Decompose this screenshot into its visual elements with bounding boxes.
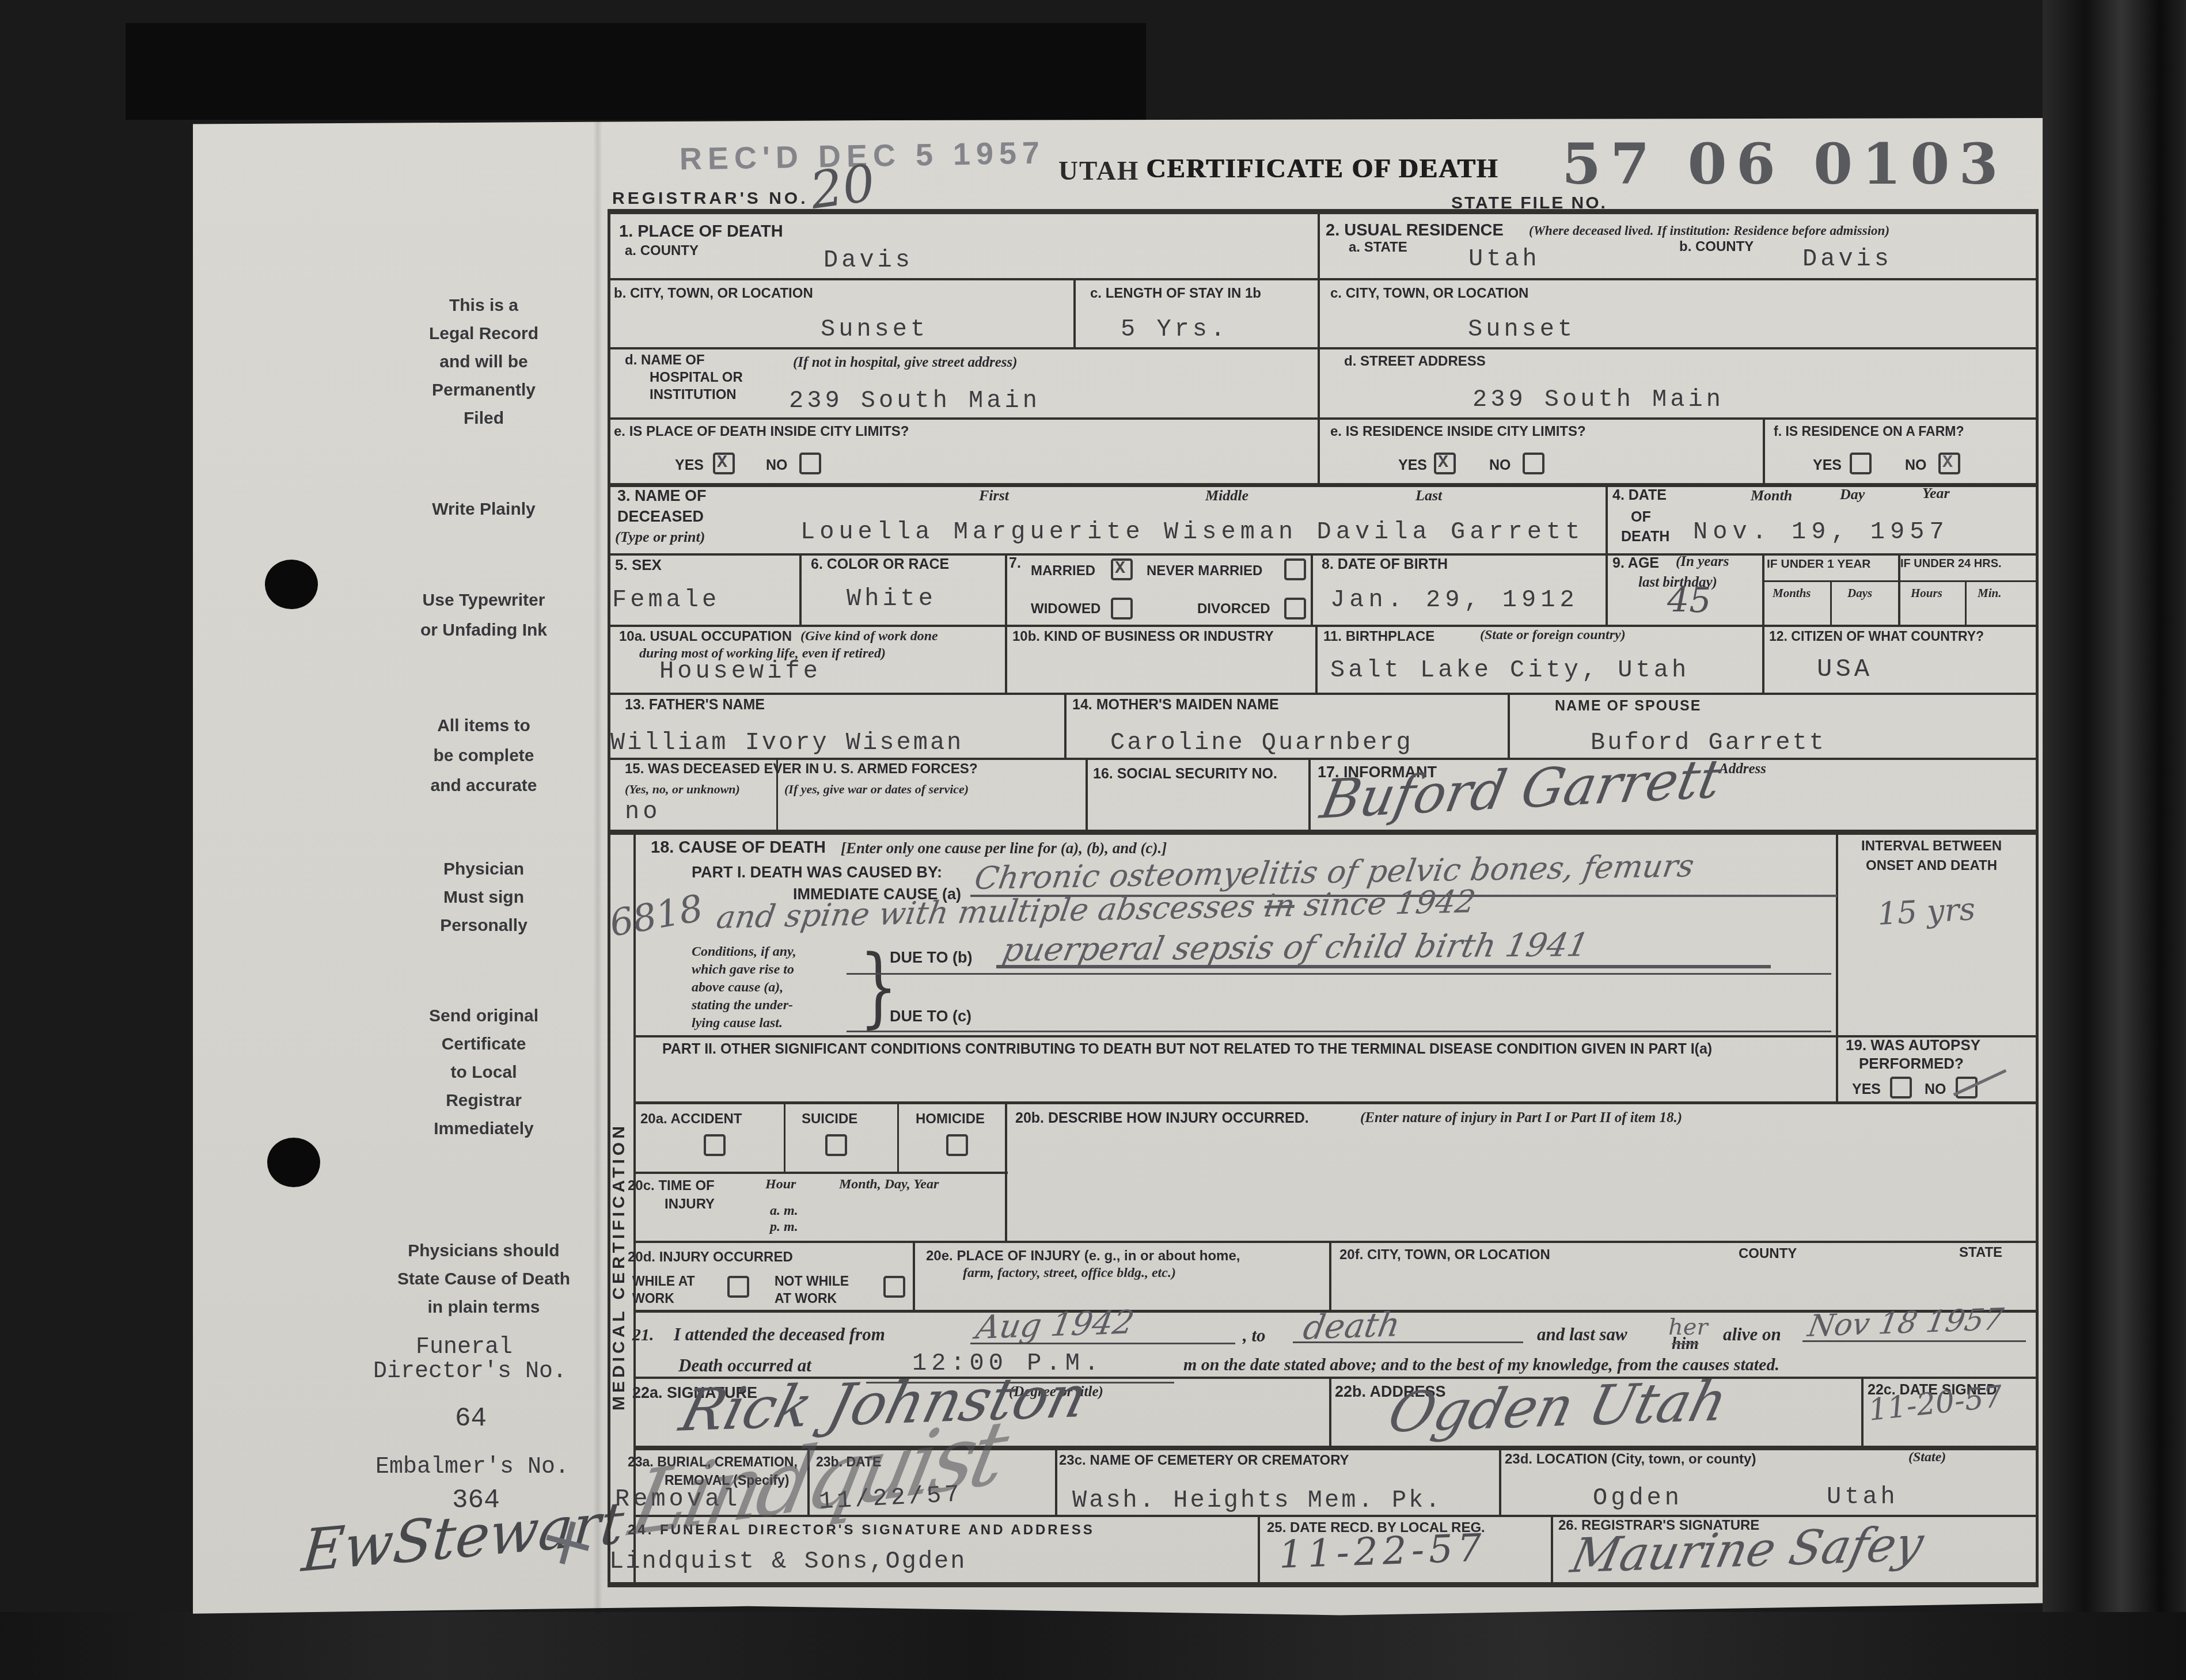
margin-note-typewriter-2: or Unfading Ink <box>369 621 599 640</box>
field-11-label: 11. BIRTHPLACE <box>1323 629 1434 645</box>
field-25-value: 11-22-57 <box>1278 1525 1487 1577</box>
checkbox-suicide <box>825 1134 847 1156</box>
field-2f-no-label: NO <box>1905 457 1927 474</box>
margin-note-physician-2: Must sign <box>369 888 599 907</box>
due-to-b-label: DUE TO (b) <box>890 949 973 967</box>
conditions-note-3: above cause (a), <box>692 980 783 995</box>
field-15-value: no <box>625 798 661 826</box>
grid-line <box>633 1172 1008 1174</box>
margin-note-send-1: Send original <box>369 1006 599 1026</box>
field-18-title: 18. CAUSE OF DEATH <box>651 838 826 857</box>
conditions-note-2: which gave rise to <box>692 962 794 978</box>
grid-line <box>608 758 2039 760</box>
field-9-days-label: Days <box>1847 586 1872 600</box>
grid-line <box>1763 417 1765 485</box>
field-11-value: Salt Lake City, Utah <box>1330 656 1690 684</box>
field-21-to-label: , to <box>1243 1325 1266 1346</box>
field-2f-yes-label: YES <box>1813 457 1842 474</box>
field-1e-label: e. IS PLACE OF DEATH INSIDE CITY LIMITS? <box>614 424 909 440</box>
field-17-address-label: Address <box>1719 761 1766 777</box>
physician-address-script: Ogden Utah <box>1382 1370 1734 1445</box>
grid-line <box>784 1101 785 1173</box>
field-23d-state-value: Utah <box>1827 1483 1899 1511</box>
field-23d-city-value: Ogden <box>1593 1484 1683 1512</box>
field-3-first-label: First <box>979 487 1009 504</box>
checkbox-accident <box>704 1134 726 1156</box>
field-14-label: 14. MOTHER'S MAIDEN NAME <box>1072 697 1279 713</box>
blank-line <box>1293 1341 1523 1343</box>
field-1d-value: 239 South Main <box>789 387 1041 415</box>
margin-note-send-4: Registrar <box>369 1091 599 1111</box>
field-10a-label: 10a. USUAL OCCUPATION <box>619 629 792 645</box>
field-2a-label: a. STATE <box>1349 240 1407 256</box>
due-to-c-label: DUE TO (c) <box>890 1008 971 1025</box>
funeral-director-no-label-1: Funeral <box>416 1335 513 1360</box>
field-8-value: Jan. 29, 1912 <box>1330 586 1579 614</box>
grid-line <box>2036 209 2039 1587</box>
grid-line <box>1861 1377 1864 1447</box>
field-4-label-1: 4. DATE <box>1612 487 1667 504</box>
field-1c-value: 5 Yrs. <box>1121 316 1228 343</box>
field-20f-county-label: COUNTY <box>1739 1246 1797 1262</box>
field-20c-label-1: 20c. TIME OF <box>628 1178 715 1194</box>
field-20c-am-label: a. m. <box>770 1203 798 1219</box>
form-title-utah: UTAH <box>1058 155 1139 187</box>
grid-line <box>1318 209 1320 485</box>
field-9-label: 9. AGE <box>1612 555 1659 572</box>
field-1d-note: (If not in hospital, give street address… <box>793 355 1018 371</box>
field-12-label: 12. CITIZEN OF WHAT COUNTRY? <box>1769 629 1984 644</box>
grid-line <box>799 553 802 626</box>
field-1e-no-label: NO <box>766 457 788 474</box>
field-20e-label-1: 20e. PLACE OF INJURY (e. g., in or about… <box>926 1248 1240 1264</box>
field-4-label-2: OF <box>1631 509 1651 526</box>
checkbox-death-city-limits-yes: X <box>713 453 735 474</box>
grid-line <box>608 209 2039 214</box>
grid-line <box>1005 1101 1007 1242</box>
field-19-label-2: PERFORMED? <box>1859 1055 1964 1073</box>
field-18-part1-label: PART I. DEATH WAS CAUSED BY: <box>692 864 942 881</box>
field-19-yes-label: YES <box>1852 1081 1881 1098</box>
checkbox-farm-yes <box>1850 453 1872 474</box>
grid-line <box>608 693 2039 695</box>
field-9-under1-label: IF UNDER 1 YEAR <box>1767 557 1870 571</box>
field-9-label-note-1: (In years <box>1676 554 1729 570</box>
field-21-text-2: and last saw <box>1537 1324 1627 1345</box>
blank-line <box>970 1343 1235 1344</box>
margin-note-physician-3: Personally <box>369 916 599 936</box>
conditions-note-1: Conditions, if any, <box>692 944 796 960</box>
field-23c-value: Wash. Heights Mem. Pk. <box>1072 1487 1443 1514</box>
field-20a-accident-label: 20a. ACCIDENT <box>640 1111 742 1127</box>
field-6-label: 6. COLOR OR RACE <box>811 556 949 573</box>
field-9-hours-label: Hours <box>1911 586 1942 600</box>
field-3-value: Louella Marguerite Wiseman Davila Garret… <box>800 518 1584 546</box>
part2-label: PART II. OTHER SIGNIFICANT CONDITIONS CO… <box>662 1041 1712 1058</box>
margin-note-plain-3: in plain terms <box>369 1298 599 1317</box>
punch-hole <box>265 560 318 609</box>
grid-line <box>608 483 2039 487</box>
cause-a-line2-post: since 1942 <box>1301 883 1478 923</box>
field-8-label: 8. DATE OF BIRTH <box>1322 556 1448 573</box>
field-19-no-label: NO <box>1925 1081 1946 1098</box>
grid-line <box>1315 625 1318 694</box>
x-mark: X <box>717 453 727 473</box>
grid-line <box>1311 553 1313 626</box>
margin-note-send-5: Immediately <box>369 1119 599 1139</box>
grid-line <box>1086 758 1088 831</box>
due-to-c-printed-line <box>847 1031 1831 1032</box>
margin-note-complete-3: and accurate <box>369 776 599 796</box>
field-2a-value: Utah <box>1468 245 1540 273</box>
interval-value: 15 yrs <box>1877 891 1976 932</box>
grid-line <box>1308 758 1311 831</box>
due-to-b-underline <box>996 965 1771 968</box>
checkbox-residence-city-limits-no <box>1523 453 1544 474</box>
field-2f-label: f. IS RESIDENCE ON A FARM? <box>1774 424 1964 439</box>
field-13-label: 13. FATHER'S NAME <box>625 697 765 713</box>
margin-note-legal-5: Filed <box>369 409 599 428</box>
margin-note-complete-1: All items to <box>369 716 599 736</box>
field-4-month-label: Month <box>1751 487 1792 504</box>
grid-line <box>633 830 636 1583</box>
interval-label-1: INTERVAL BETWEEN <box>1861 838 2002 854</box>
field-1a-label: a. COUNTY <box>625 243 699 259</box>
grid-line <box>608 417 2039 420</box>
field-21-on-value: Nov 18 1957 <box>1805 1302 2006 1344</box>
field-1d-label-2: HOSPITAL OR <box>650 370 743 386</box>
field-20d-label: 20d. INJURY OCCURRED <box>628 1249 793 1265</box>
field-5-value: Female <box>612 586 720 614</box>
checkbox-while-at-work <box>727 1276 749 1298</box>
field-20c-label-2: INJURY <box>665 1196 715 1213</box>
field-10b-label: 10b. KIND OF BUSINESS OR INDUSTRY <box>1012 629 1274 645</box>
field-2e-label: e. IS RESIDENCE INSIDE CITY LIMITS? <box>1330 424 1586 440</box>
x-mark: X <box>1942 453 1953 473</box>
field-1c-label: c. LENGTH OF STAY IN 1b <box>1090 286 1261 302</box>
checkbox-never-married <box>1284 558 1306 580</box>
grid-line <box>1499 1446 1501 1516</box>
margin-note-legal-2: Legal Record <box>369 324 599 344</box>
grid-line <box>1762 553 1764 626</box>
field-2b-label: b. COUNTY <box>1679 239 1754 255</box>
interval-label-2: ONSET AND DEATH <box>1866 858 1997 874</box>
field-10a-note-1: (Give kind of work done <box>800 629 938 644</box>
grid-line <box>1606 553 1608 626</box>
margin-note-typewriter-1: Use Typewriter <box>369 591 599 610</box>
field-15-label: 15. WAS DECEASED EVER IN U. S. ARMED FOR… <box>625 761 978 777</box>
funeral-director-no-label-2: Director's No. <box>373 1359 567 1385</box>
due-to-b-value: puerperal sepsis of child birth 1941 <box>999 926 1592 969</box>
grid-line <box>1329 1241 1331 1311</box>
field-21-text-3: alive on <box>1723 1324 1781 1345</box>
grid-line <box>1965 580 1967 626</box>
field-3-label-3: (Type or print) <box>615 529 705 546</box>
checkbox-death-city-limits-no <box>799 453 821 474</box>
x-mark: X <box>1438 453 1448 473</box>
x-mark: X <box>1115 559 1125 579</box>
field-1e-yes-label: YES <box>675 457 704 474</box>
field-2-title: 2. USUAL RESIDENCE <box>1326 221 1504 240</box>
grid-line <box>1005 553 1007 626</box>
grid-line <box>608 278 2039 280</box>
grid-line <box>633 1241 2039 1243</box>
field-1d-label-1: d. NAME OF <box>625 352 705 368</box>
grid-line <box>633 1101 2039 1104</box>
field-24-typed-value: Lindquist & Sons,Ogden <box>609 1548 967 1575</box>
field-6-value: White <box>847 585 936 613</box>
field-1a-value: Davis <box>823 246 913 274</box>
checkbox-farm-no: X <box>1938 453 1960 474</box>
checkbox-married: X <box>1111 558 1133 580</box>
field-20a-suicide-label: SUICIDE <box>802 1111 857 1127</box>
field-spouse-label: NAME OF SPOUSE <box>1555 698 1701 714</box>
checkbox-divorced <box>1284 598 1306 619</box>
margin-note-legal-3: and will be <box>369 352 599 372</box>
scanner-right-band <box>2043 0 2186 1680</box>
field-2e-no-label: NO <box>1489 457 1511 474</box>
field-2c-value: Sunset <box>1468 316 1576 343</box>
field-19-label-1: 19. WAS AUTOPSY <box>1846 1036 1980 1054</box>
grid-line <box>1055 1446 1057 1516</box>
scanner-background-patch <box>126 23 1146 120</box>
field-20f-label: 20f. CITY, TOWN, OR LOCATION <box>1339 1247 1550 1263</box>
scanner-bottom-band <box>0 1612 2186 1680</box>
grid-line <box>1005 625 1007 694</box>
field-18-bracket-note: [Enter only one cause per line for (a), … <box>841 839 1167 857</box>
field-2e-yes-label: YES <box>1398 457 1427 474</box>
medical-certification-label: MEDICAL CERTIFICATION <box>609 904 629 1411</box>
field-4-label-3: DEATH <box>1621 529 1669 545</box>
registrar-no-label: REGISTRAR'S NO. <box>612 189 809 208</box>
grid-line <box>913 1241 915 1311</box>
field-21-him-label: him <box>1672 1335 1699 1354</box>
field-21-to-value: death <box>1300 1305 1403 1347</box>
field-2c-label: c. CITY, TOWN, OR LOCATION <box>1330 286 1528 302</box>
grid-line <box>1830 580 1832 626</box>
due-to-b-printed-line <box>847 973 1831 975</box>
grid-line <box>1508 693 1510 759</box>
embalmer-no-label: Embalmer's No. <box>375 1454 569 1480</box>
grid-line <box>608 209 610 1587</box>
field-11-note: (State or foreign country) <box>1480 628 1626 643</box>
field-20c-mdy-label: Month, Day, Year <box>839 1177 939 1192</box>
margin-note-write-plainly: Write Plainly <box>369 500 599 519</box>
field-1d-label-3: INSTITUTION <box>650 387 737 403</box>
field-20c-pm-label: p. m. <box>770 1219 798 1235</box>
field-5-label: 5. SEX <box>615 556 662 574</box>
field-9-months-label: Months <box>1773 586 1811 600</box>
conditions-note-4: stating the under- <box>692 998 793 1013</box>
field-4-year-label: Year <box>1922 485 1950 502</box>
field-20b-label: 20b. DESCRIBE HOW INJURY OCCURRED. <box>1015 1110 1309 1127</box>
grid-line <box>1064 693 1067 759</box>
state-file-no-value: 57 06 0103 <box>1562 131 2007 197</box>
field-23c-label: 23c. NAME OF CEMETERY OR CREMATORY <box>1059 1453 1349 1469</box>
field-23d-state-note: (State) <box>1908 1450 1946 1465</box>
field-20e-label-2: farm, factory, street, office bldg., etc… <box>963 1265 1176 1281</box>
field-20d-notwhile-label-1: NOT WHILE <box>775 1274 849 1289</box>
field-15-note-1: (Yes, no, or unknown) <box>625 782 740 797</box>
field-20d-notwhile-label-2: AT WORK <box>775 1291 837 1306</box>
field-21-text-1: I attended the deceased from <box>674 1324 885 1345</box>
margin-note-plain-1: Physicians should <box>369 1241 599 1261</box>
grid-line <box>608 553 2039 556</box>
field-20c-hour-label: Hour <box>765 1177 796 1192</box>
grid-line <box>1329 1377 1331 1447</box>
field-15-note-2: (If yes, give war or dates of service) <box>784 782 969 797</box>
field-12-value: USA <box>1817 655 1873 684</box>
field-3-last-label: Last <box>1415 487 1442 504</box>
cause-a-line2-struck: in <box>1262 887 1297 924</box>
field-20d-while-label-2: WORK <box>632 1291 674 1306</box>
field-7-divorced-label: DIVORCED <box>1197 601 1270 617</box>
grid-line <box>1762 625 1764 694</box>
field-3-label-2: DECEASED <box>617 508 704 526</box>
conditions-note-5: lying cause last. <box>692 1016 783 1031</box>
grid-line <box>608 625 2039 627</box>
field-9-value: 45 <box>1667 580 1711 621</box>
checkbox-not-while-at-work <box>883 1276 905 1298</box>
margin-note-physician-1: Physician <box>369 860 599 879</box>
punch-hole <box>267 1138 320 1187</box>
checkbox-homicide <box>946 1134 968 1156</box>
field-7-widowed-label: WIDOWED <box>1031 601 1100 617</box>
field-21-num: 21. <box>632 1325 654 1345</box>
field-14-value: Caroline Quarnberg <box>1110 729 1413 757</box>
checkbox-widowed <box>1111 598 1133 619</box>
field-3-label-1: 3. NAME OF <box>617 487 707 505</box>
field-20a-homicide-label: HOMICIDE <box>916 1111 985 1127</box>
field-10a-value: Housewife <box>659 657 821 685</box>
field-23d-label: 23d. LOCATION (City, town, or county) <box>1505 1451 1756 1468</box>
grid-line <box>1258 1515 1260 1583</box>
field-9-under24-label: IF UNDER 24 HRS. <box>1900 557 2002 571</box>
margin-note-send-2: Certificate <box>369 1035 599 1054</box>
funeral-director-no-value: 64 <box>455 1404 487 1434</box>
grid-line <box>633 1035 2039 1037</box>
field-13-value: William Ivory Wiseman <box>610 729 963 757</box>
field-20d-while-label-1: WHILE AT <box>632 1274 695 1289</box>
scanned-death-certificate: REC'D DEC 5 1957 REGISTRAR'S NO. 20 UTAH… <box>0 0 2186 1680</box>
field-4-value: Nov. 19, 1957 <box>1693 518 1949 546</box>
field-20b-note: (Enter nature of injury in Part I or Par… <box>1360 1110 1682 1126</box>
field-3-middle-label: Middle <box>1205 487 1248 504</box>
grid-line <box>1551 1515 1553 1583</box>
margin-note-complete-2: be complete <box>369 746 599 766</box>
margin-note-send-3: to Local <box>369 1063 599 1082</box>
field-20f-state-label: STATE <box>1959 1245 2002 1261</box>
grid-line <box>608 347 2039 349</box>
form-title-main: CERTIFICATE OF DEATH <box>1146 153 1498 184</box>
checkbox-autopsy-yes <box>1890 1077 1912 1099</box>
field-4-day-label: Day <box>1840 486 1865 503</box>
grid-line <box>1073 278 1076 348</box>
grid-line <box>608 1582 2039 1587</box>
field-1b-value: Sunset <box>821 316 928 343</box>
field-7-married-label: MARRIED <box>1031 563 1095 579</box>
checkbox-residence-city-limits-yes: X <box>1434 453 1456 474</box>
field-16-label: 16. SOCIAL SECURITY NO. <box>1093 766 1277 782</box>
field-2-note: (Where deceased lived. If institution: R… <box>1529 223 1889 238</box>
field-2b-value: Davis <box>1802 245 1892 273</box>
field-21-from-value: Aug 1942 <box>973 1303 1137 1347</box>
grid-line <box>1606 483 1608 554</box>
margin-note-legal-1: This is a <box>369 296 599 316</box>
field-2d-value: 239 South Main <box>1472 386 1724 413</box>
field-1b-label: b. CITY, TOWN, OR LOCATION <box>614 286 813 302</box>
field-2d-label: d. STREET ADDRESS <box>1344 354 1486 370</box>
grid-line <box>1836 830 1838 1103</box>
margin-note-plain-2: State Cause of Death <box>369 1269 599 1289</box>
grid-line <box>897 1101 899 1173</box>
margin-note-legal-4: Permanently <box>369 381 599 400</box>
field-1-title: 1. PLACE OF DEATH <box>619 222 783 241</box>
field-9-min-label: Min. <box>1978 586 2001 600</box>
field-7-num: 7. <box>1009 555 1021 572</box>
field-7-never-married-label: NEVER MARRIED <box>1147 563 1262 579</box>
blank-line <box>1802 1340 2026 1342</box>
